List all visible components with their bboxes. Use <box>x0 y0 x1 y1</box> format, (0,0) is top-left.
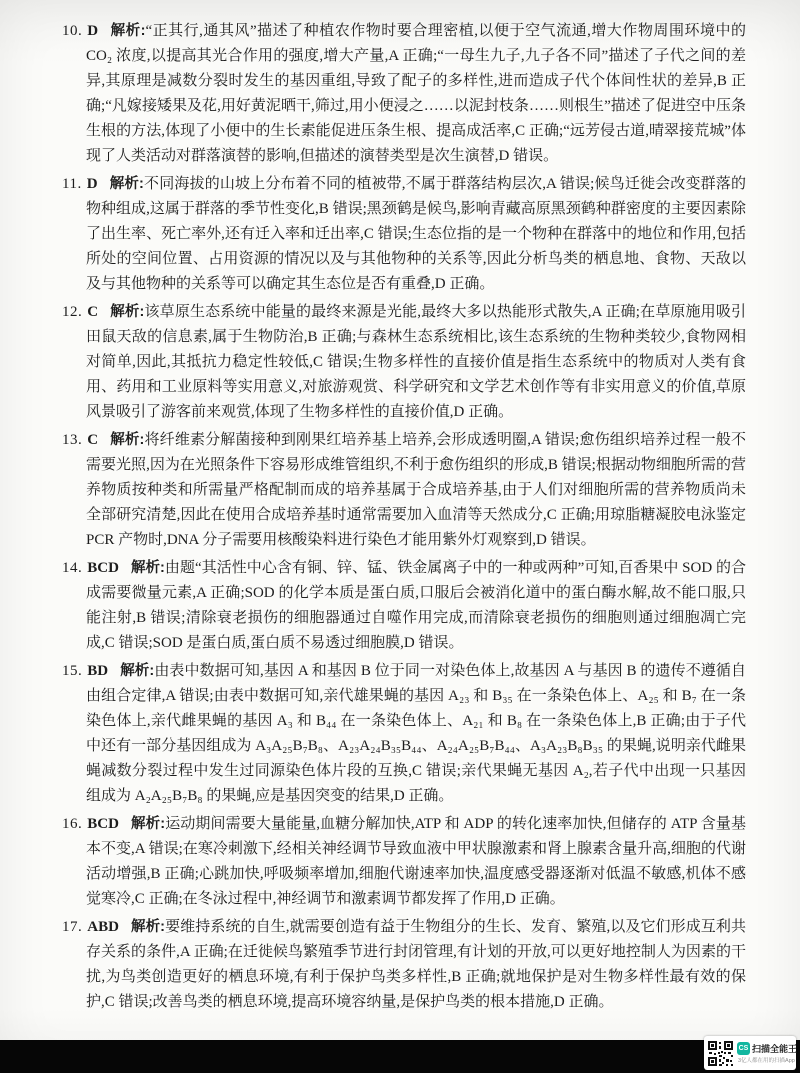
answer-item-15: 15.BD解析:由表中数据可知,基因 A 和基因 B 位于同一对染色体上,故基因… <box>62 659 746 809</box>
item-number: 13. <box>62 432 82 448</box>
analysis-text: 不同海拔的山坡上分布着不同的植被带,不属于群落结构层次,A 错误;候鸟迁徙会改变… <box>86 176 746 292</box>
analysis-label: 解析: <box>131 816 165 832</box>
camscanner-logo-icon: CS <box>737 1042 750 1055</box>
analysis-text: 由表中数据可知,基因 A 和基因 B 位于同一对染色体上,故基因 A 与基因 B… <box>86 663 746 804</box>
answer-item-12: 12.C解析:该草原生态系统中能量的最终来源是光能,最终大多以热能形式散失,A … <box>62 300 746 425</box>
analysis-label: 解析: <box>120 663 154 679</box>
analysis-label: 解析: <box>110 23 145 39</box>
watermark-tagline: 3亿人都在用的扫描App <box>737 1056 793 1064</box>
scan-bottom-black-bar <box>0 1040 800 1073</box>
item-answer: D <box>87 176 98 192</box>
analysis-label: 解析: <box>110 176 144 192</box>
item-answer: BCD <box>87 816 119 832</box>
analysis-label: 解析: <box>131 560 165 576</box>
analysis-text: 运动期间需要大量能量,血糖分解加快,ATP 和 ADP 的转化速率加快,但储存的… <box>86 816 746 907</box>
item-answer: C <box>87 432 98 448</box>
item-answer: BCD <box>87 560 119 576</box>
watermark-text-block: CS 扫描全能王 3亿人都在用的扫描App <box>737 1042 793 1064</box>
item-number: 16. <box>62 816 82 832</box>
answer-item-16: 16.BCD解析:运动期间需要大量能量,血糖分解加快,ATP 和 ADP 的转化… <box>62 812 746 912</box>
analysis-label: 解析: <box>110 432 144 448</box>
analysis-text: 由题“其活性中心含有铜、锌、锰、铁金属离子中的一种或两种”可知,百香果中 SOD… <box>86 560 746 651</box>
item-answer: C <box>87 304 98 320</box>
analysis-text: 该草原生态系统中能量的最终来源是光能,最终大多以热能形式散失,A 正确;在草原施… <box>86 304 746 420</box>
item-answer: ABD <box>87 919 119 935</box>
item-number: 10. <box>62 23 82 39</box>
answer-analysis-list: 10.D解析:“正其行,通其风”描述了种植农作物时要合理密植,以便于空气流通,增… <box>62 19 746 1018</box>
analysis-text: 要维持系统的自生,就需要创造有益于生物组分的生长、发育、繁殖,以及它们形成互利共… <box>86 919 746 1010</box>
answer-item-13: 13.C解析:将纤维素分解菌接种到刚果红培养基上培养,会形成透明圈,A 错误;愈… <box>62 428 746 553</box>
analysis-text: “正其行,通其风”描述了种植农作物时要合理密植,以便于空气流通,增大作物周围环境… <box>86 23 746 164</box>
item-number: 11. <box>62 176 82 192</box>
watermark-app-name: 扫描全能王 <box>752 1042 797 1055</box>
analysis-text: 将纤维素分解菌接种到刚果红培养基上培养,会形成透明圈,A 错误;愈伤组织培养过程… <box>86 432 746 548</box>
answer-item-17: 17.ABD解析:要维持系统的自生,就需要创造有益于生物组分的生长、发育、繁殖,… <box>62 915 746 1015</box>
qr-code-icon <box>707 1040 734 1067</box>
answer-item-14: 14.BCD解析:由题“其活性中心含有铜、锌、锰、铁金属离子中的一种或两种”可知… <box>62 556 746 656</box>
scanned-page: 10.D解析:“正其行,通其风”描述了种植农作物时要合理密植,以便于空气流通,增… <box>0 0 800 1073</box>
camscanner-watermark: CS 扫描全能王 3亿人都在用的扫描App <box>704 1036 796 1070</box>
item-number: 12. <box>62 304 82 320</box>
analysis-label: 解析: <box>110 304 144 320</box>
item-number: 14. <box>62 560 82 576</box>
item-answer: D <box>87 23 98 39</box>
item-answer: BD <box>87 663 108 679</box>
item-number: 17. <box>62 919 82 935</box>
item-number: 15. <box>62 663 82 679</box>
answer-item-11: 11.D解析:不同海拔的山坡上分布着不同的植被带,不属于群落结构层次,A 错误;… <box>62 172 746 297</box>
answer-item-10: 10.D解析:“正其行,通其风”描述了种植农作物时要合理密植,以便于空气流通,增… <box>62 19 746 169</box>
analysis-label: 解析: <box>131 919 165 935</box>
